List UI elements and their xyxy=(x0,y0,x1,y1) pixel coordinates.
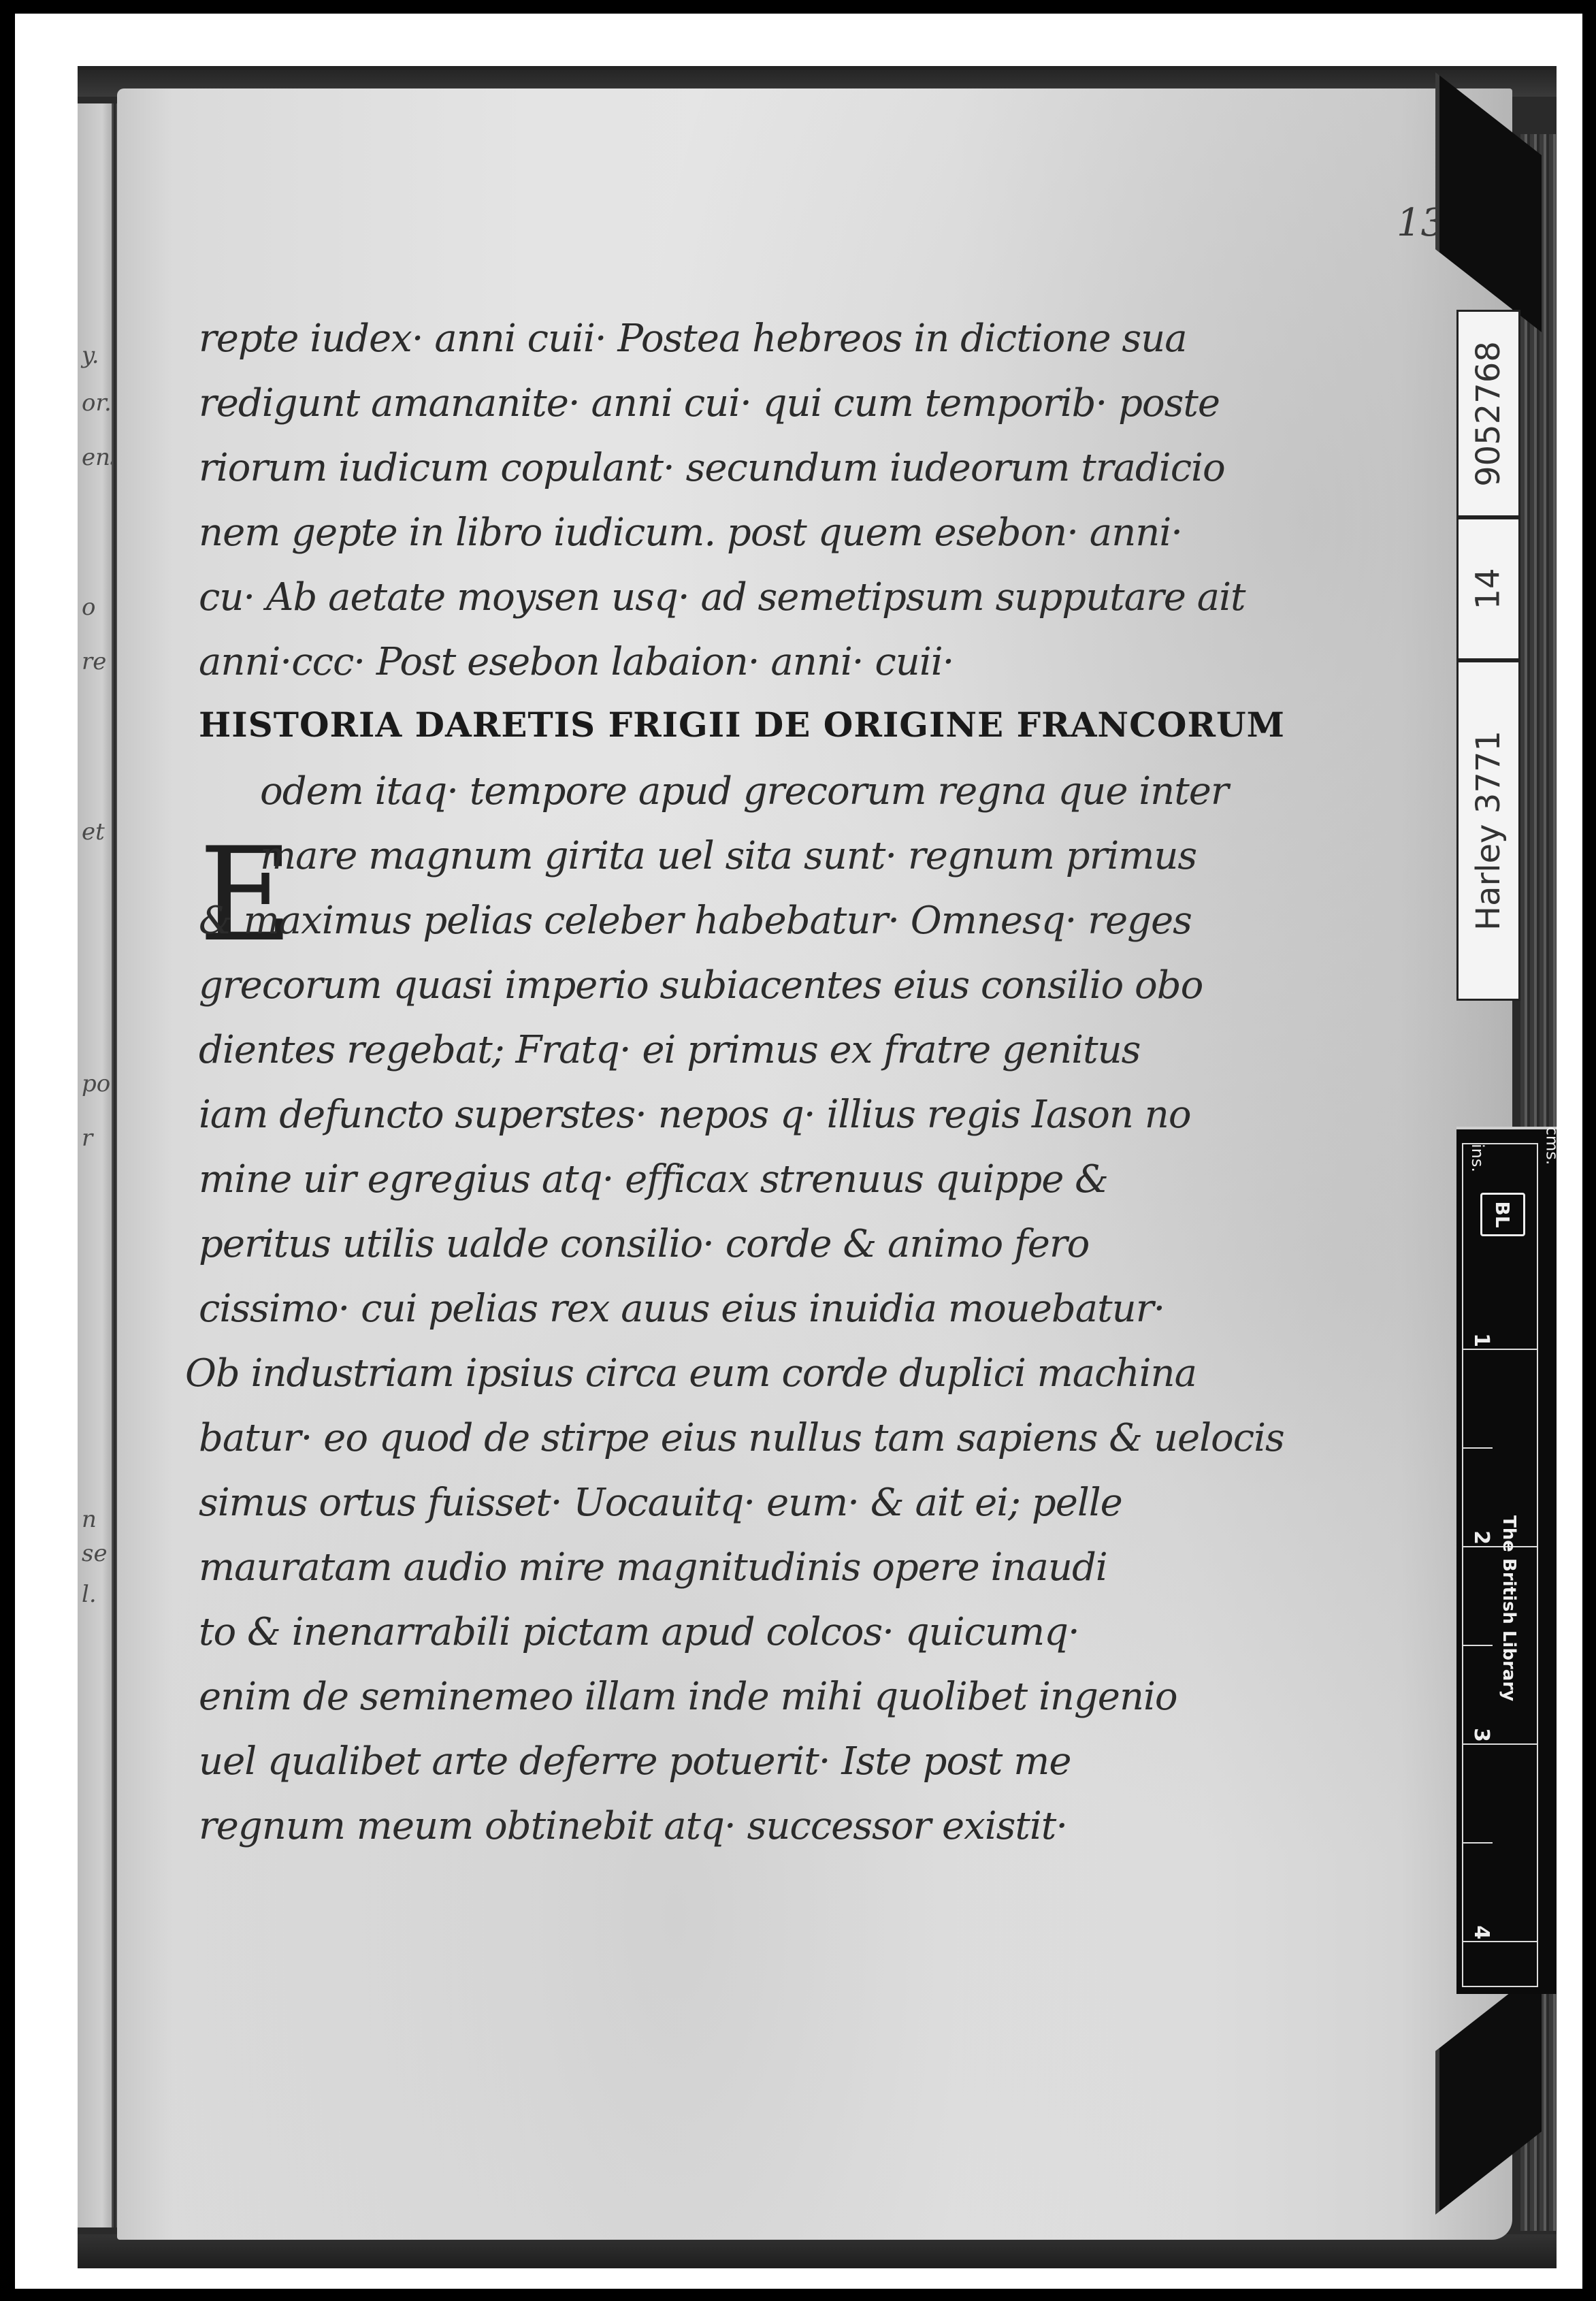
text-line: to & inenarrabili pictam apud colcos· qu… xyxy=(199,1610,1079,1654)
text-line: Ob industriam ipsius circa eum corde dup… xyxy=(185,1351,1196,1396)
facing-fragment: n xyxy=(82,1506,97,1533)
facing-fragment: r xyxy=(82,1125,93,1152)
ruler-inch-3: 3 xyxy=(1469,1728,1493,1742)
facing-fragment: po xyxy=(82,1070,110,1097)
ruler-tick xyxy=(1463,1349,1537,1350)
rubric-heading: HISTORIA DARETIS FRIGII DE ORIGINE FRANC… xyxy=(199,705,1285,745)
manuscript-page: 13 repte iudex· anni cuii· Postea hebreo… xyxy=(117,88,1512,2240)
text-line: cu· Ab aetate moysen usq· ad semetipsum … xyxy=(199,575,1245,619)
text-line: & maximus pelias celeber habebatur· Omne… xyxy=(199,899,1192,943)
manuscript-photograph: y. or. ens. o re et po r n se l. 13 rept… xyxy=(78,66,1557,2268)
facing-fragment: l. xyxy=(82,1581,97,1608)
ruler-tick xyxy=(1463,1447,1493,1449)
text-line: repte iudex· anni cuii· Postea hebreos i… xyxy=(199,317,1187,361)
facing-fragment: o xyxy=(82,594,95,621)
text-line: batur· eo quod de stirpe eius nullus tam… xyxy=(199,1416,1284,1460)
text-line: peritus utilis ualde consilio· corde & a… xyxy=(199,1222,1089,1266)
photo-mat: y. or. ens. o re et po r n se l. 13 rept… xyxy=(15,14,1582,2289)
ruler-inch-1: 1 xyxy=(1469,1333,1493,1347)
text-line: iam defuncto superstes· nepos q· illius … xyxy=(199,1093,1191,1137)
text-line: simus ortus fuisset· Uocauitq· eum· & ai… xyxy=(199,1481,1122,1525)
ruler-unit-cms: cms. xyxy=(1542,1127,1557,1165)
text-line: nem gepte in libro iudicum. post quem es… xyxy=(199,511,1182,555)
slip-shelfmark: Harley 3771 xyxy=(1456,660,1520,1001)
bl-logo-icon: BL xyxy=(1480,1193,1525,1236)
slip-folio: 14 xyxy=(1456,517,1520,660)
ruler-inch-2: 2 xyxy=(1469,1530,1493,1545)
facing-fragment: or. xyxy=(82,389,112,417)
text-line: odem itaq· tempore apud grecorum regna q… xyxy=(260,769,1228,814)
facing-fragment: y. xyxy=(82,342,99,369)
text-line: regnum meum obtinebit atq· successor exi… xyxy=(199,1804,1067,1848)
ruler-tick xyxy=(1463,1743,1537,1745)
ruler-scale: BL 1 2 3 4 The British Library xyxy=(1462,1143,1538,1987)
ruler-brand-label: The British Library xyxy=(1499,1515,1519,1701)
text-line: cissimo· cui pelias rex auus eius inuidi… xyxy=(199,1287,1165,1331)
ruler-inch-4: 4 xyxy=(1469,1925,1493,1940)
facing-fragment: et xyxy=(82,818,105,846)
facing-fragment: re xyxy=(82,648,106,675)
text-line: mare magnum girita uel sita sunt· regnum… xyxy=(260,834,1196,878)
text-line: riorum iudicum copulant· secundum iudeor… xyxy=(199,446,1225,490)
text-line: mine uir egregius atq· efficax strenuus … xyxy=(199,1157,1108,1202)
text-line: redigunt amananite· anni cui· qui cum te… xyxy=(199,381,1220,425)
text-line: enim de seminemeo illam inde mihi quolib… xyxy=(199,1675,1177,1719)
text-line: dientes regebat; Fratq· ei primus ex fra… xyxy=(199,1028,1140,1072)
ruler-tick xyxy=(1463,1842,1493,1844)
ruler-tick xyxy=(1463,1941,1537,1942)
text-line: mauratam audio mire magnitudinis opere i… xyxy=(199,1545,1107,1590)
facing-fragment: se xyxy=(82,1540,108,1567)
scale-ruler: ins. cms. BL 1 2 3 4 The British Library xyxy=(1456,1127,1557,1994)
text-line: anni·ccc· Post esebon labaion· anni· cui… xyxy=(199,640,954,684)
slip-catalog-number: 9052768 xyxy=(1456,310,1520,517)
text-line: grecorum quasi imperio subiacentes eius … xyxy=(199,963,1203,1008)
text-line: uel qualibet arte deferre potuerit· Iste… xyxy=(199,1739,1071,1784)
ruler-tick xyxy=(1463,1645,1493,1646)
